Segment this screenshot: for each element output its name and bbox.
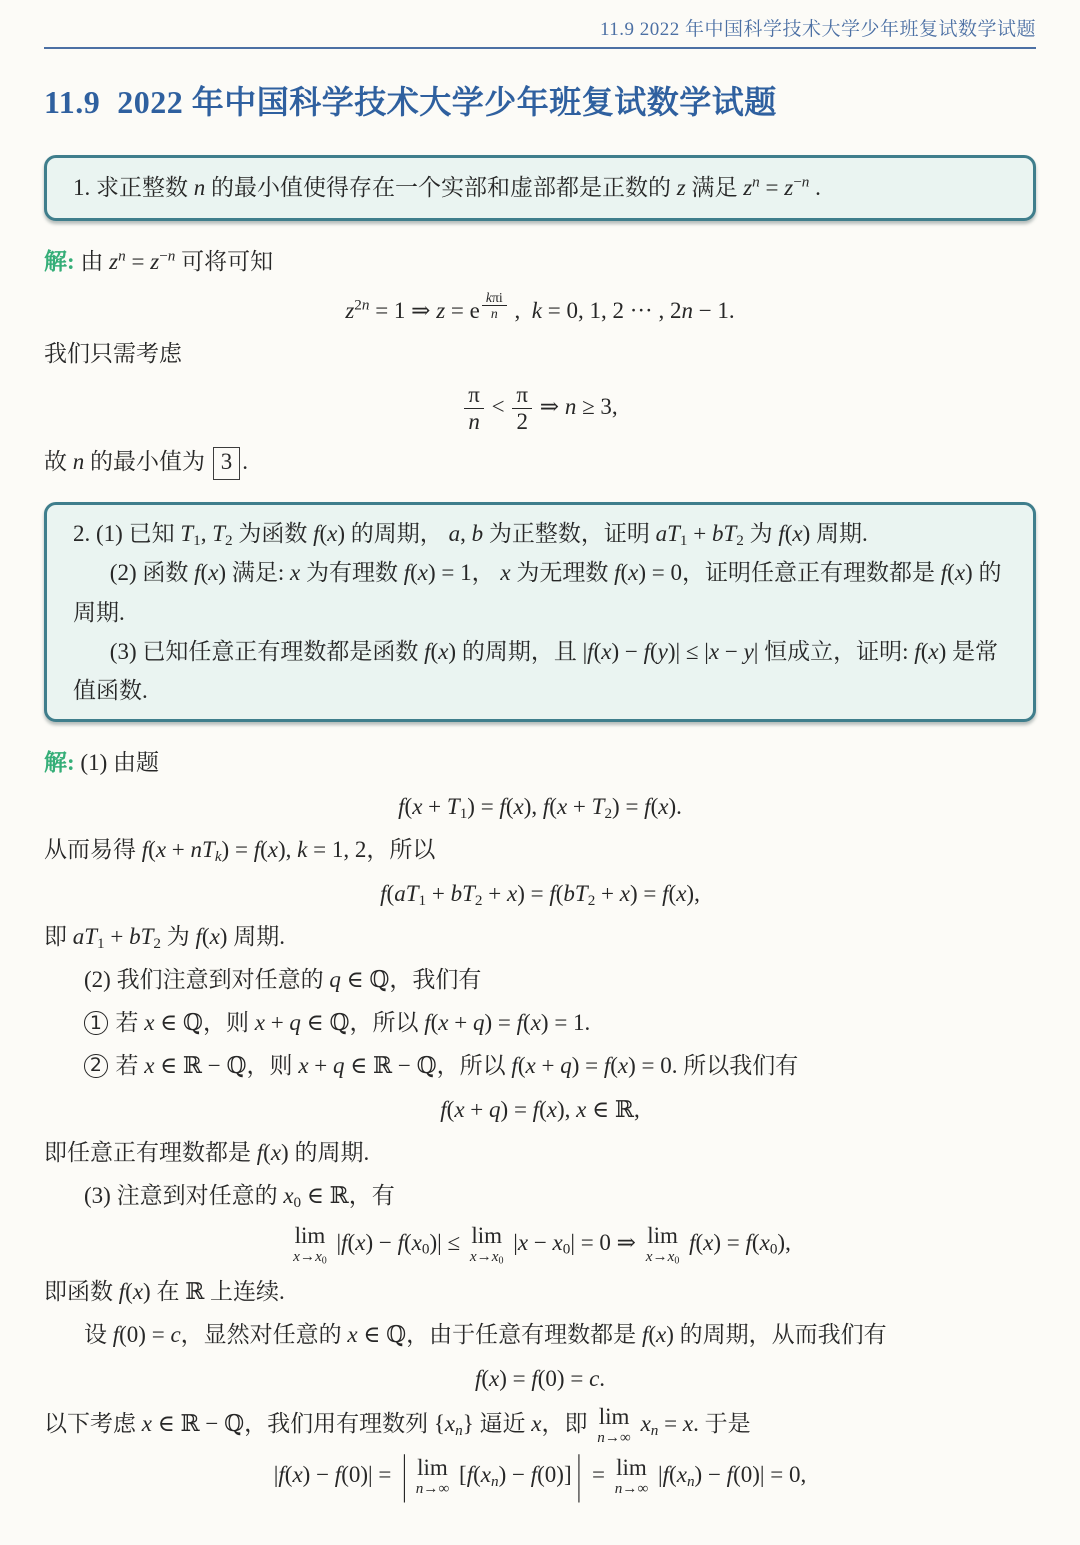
problem2-part3: (3) 已知任意正有理数都是函数 f(x) 的周期，且 |f(x) − f(y)… [73,632,1007,710]
problem1-statement: 1. 求正整数 n 的最小值使得存在一个实部和虚部都是正数的 z 满足 zn =… [73,170,1007,206]
document-page: 11.9 2022 年中国科学技术大学少年班复试数学试题 11.9 2022 年… [0,0,1080,1545]
equation-periods: f(x + T1) = f(x), f(x + T2) = f(x). [44,791,1036,823]
solution2-set-constant: 设 f(0) = c，显然对任意的 x ∈ ℚ，由于任意有理数都是 f(x) 的… [44,1318,1036,1353]
page-title: 11.9 2022 年中国科学技术大学少年班复试数学试题 [44,77,1036,123]
running-header: 11.9 2022 年中国科学技术大学少年班复试数学试题 [44,0,1036,41]
problem2-box: 2. (1) 已知 T1, T2 为函数 f(x) 的周期， a, b 为正整数… [44,502,1036,721]
equation-period-q: f(x + q) = f(x), x ∈ ℝ, [44,1094,1036,1126]
problem1-box: 1. 求正整数 n 的最小值使得存在一个实部和虚部都是正数的 z 满足 zn =… [44,155,1036,221]
solution2-approximation: 以下考虑 x ∈ ℝ − ℚ，我们用有理数列 {xn} 逼近 x，即 limn→… [44,1405,1036,1446]
solution2-intro: 解: (1) 由题 [44,746,1036,781]
solution1-answer: 故 n 的最小值为 3. [44,445,1036,480]
solution2-rational-conclusion: 即任意正有理数都是 f(x) 的周期. [44,1136,1036,1171]
solution2-case2: 2 若 x ∈ ℝ − ℚ，则 x + q ∈ ℝ − ℚ，所以 f(x + q… [44,1049,1036,1084]
solution2-part3-intro: (3) 注意到对任意的 x0 ∈ ℝ，有 [44,1179,1036,1214]
equation-limit-continuity: limx→x0 |f(x) − f(x0)| ≤ limx→x0 |x − x0… [44,1224,1036,1265]
solution2-case1: 1 若 x ∈ ℚ，则 x + q ∈ ℚ，所以 f(x + q) = f(x)… [44,1006,1036,1041]
header-rule [44,47,1036,49]
equation-final-limit: |f(x) − f(0)| = |limn→∞ [f(xn) − f(0)]| … [44,1456,1036,1497]
equation-unit-roots: z2n = 1 ⇒ z = ekπin , k = 0, 1, 2 ··· , … [44,290,1036,327]
solution2-continuity-conclusion: 即函数 f(x) 在 ℝ 上连续. [44,1275,1036,1310]
solution2-period-conclusion: 即 aT1 + bT2 为 f(x) 周期. [44,920,1036,955]
equation-pi-inequality: πn < π2 ⇒ n ≥ 3, [44,382,1036,436]
solution2-thus: 从而易得 f(x + nTk) = f(x), k = 1, 2，所以 [44,833,1036,868]
problem2-part1: 2. (1) 已知 T1, T2 为函数 f(x) 的周期， a, b 为正整数… [73,514,1007,553]
equation-combined-period: f(aT1 + bT2 + x) = f(bT2 + x) = f(x), [44,878,1036,910]
solution1-consider: 我们只需考虑 [44,337,1036,372]
solution2-part2-intro: (2) 我们注意到对任意的 q ∈ ℚ，我们有 [44,963,1036,998]
solution1-intro: 解: 由 zn = z−n 可将可知 [44,245,1036,280]
problem2-part2: (2) 函数 f(x) 满足: x 为有理数 f(x) = 1， x 为无理数 … [73,553,1007,631]
equation-f-constant: f(x) = f(0) = c. [44,1363,1036,1395]
